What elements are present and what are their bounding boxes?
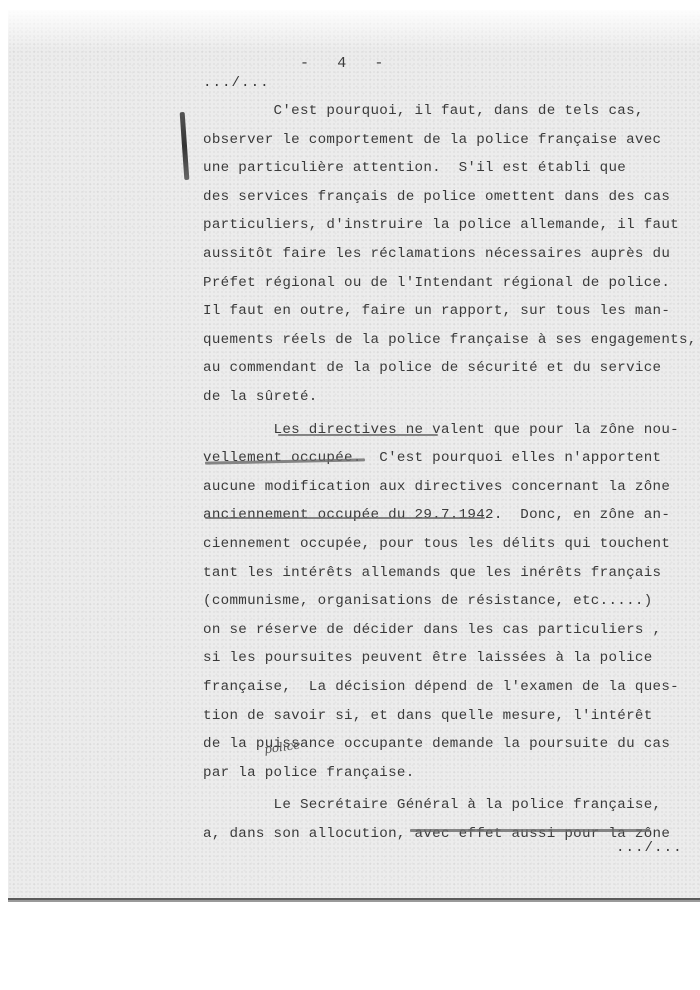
continued-marker-bottom: .../... [616, 840, 683, 856]
text-line: par la police française. [203, 765, 415, 781]
continued-marker-top: .../... [203, 75, 270, 91]
page-number: - 4 - [300, 55, 384, 72]
text-line: de la sûreté. [203, 389, 318, 405]
text-line: des services français de police omettent… [203, 189, 670, 205]
text-line: anciennement occupée du 29.7.1942. Donc,… [203, 507, 670, 523]
text-line: aussitôt faire les réclamations nécessai… [203, 246, 670, 262]
text-line: Préfet régional ou de l'Intendant région… [203, 275, 670, 291]
text-line: ciennement occupée, pour tous les délits… [203, 536, 670, 552]
text-line: Les directives ne valent que pour la zôn… [203, 422, 679, 438]
underline-avec-effet [410, 829, 650, 832]
text-line: française, La décision dépend de l'exame… [203, 679, 679, 695]
text-line: Le Secrétaire Général à la police frança… [203, 797, 661, 813]
text-line: une particulière attention. S'il est éta… [203, 160, 626, 176]
text-line: tant les intérêts allemands que les inér… [203, 565, 661, 581]
text-line: observer le comportement de la police fr… [203, 132, 661, 148]
text-line: Il faut en outre, faire un rapport, sur … [203, 303, 670, 319]
underline-anciennement-occupee [205, 517, 485, 519]
page-fade [8, 10, 700, 50]
underline-zone-nouvellement [278, 434, 438, 436]
text-line: (communisme, organisations de résistance… [203, 593, 653, 609]
text-line: on se réserve de décider dans les cas pa… [203, 622, 661, 638]
text-line: si les poursuites peuvent être laissées … [203, 650, 653, 666]
text-line: C'est pourquoi, il faut, dans de tels ca… [203, 103, 644, 119]
text-line: tion de savoir si, et dans quelle mesure… [203, 708, 653, 724]
text-line: au commendant de la police de sécurité e… [203, 360, 661, 376]
text-line: aucune modification aux directives conce… [203, 479, 670, 495]
text-line: vellement occupée. C'est pourquoi elles … [203, 450, 661, 466]
text-line: particuliers, d'instruire la police alle… [203, 217, 679, 233]
text-line: quements réels de la police française à … [203, 332, 697, 348]
